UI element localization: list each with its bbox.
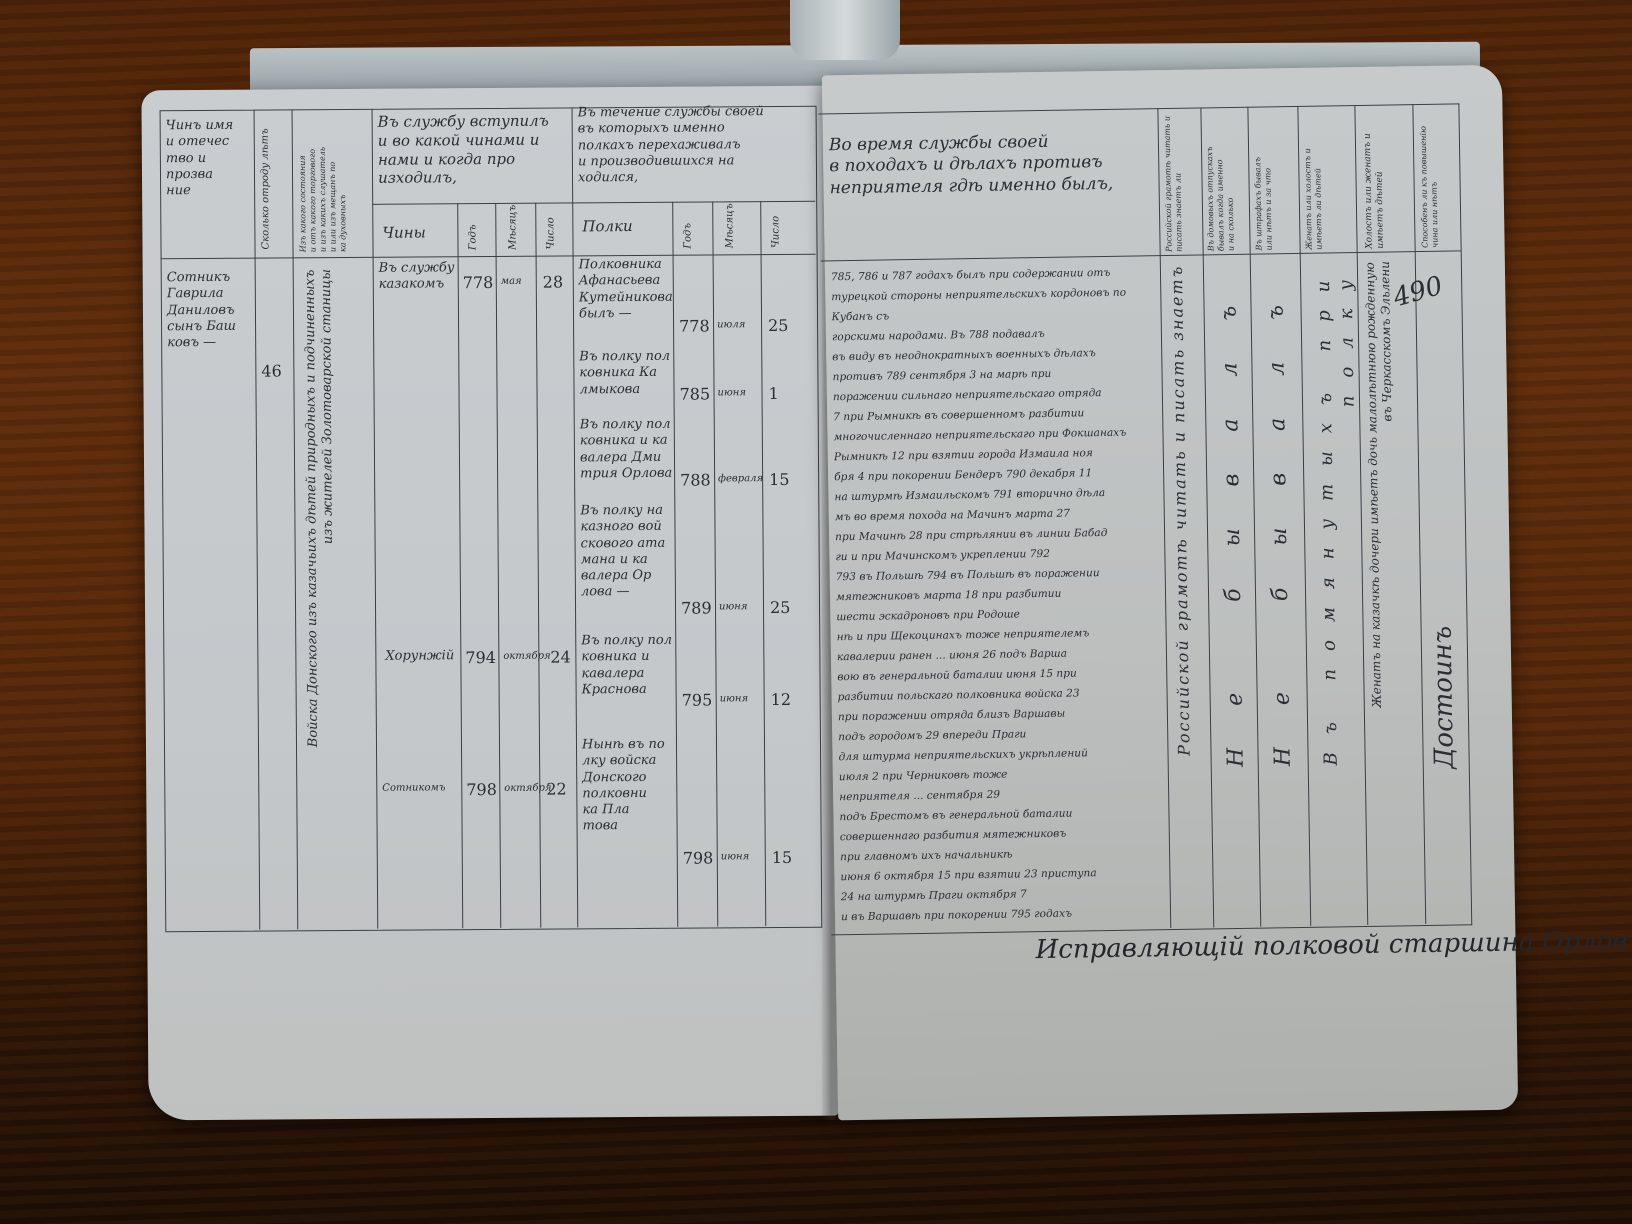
regiment-day: 15 [772, 848, 792, 868]
header-penalty: Въ штрафахъ бывалъ или нѣтъ и за что [1252, 112, 1274, 250]
rank-month: мая [501, 276, 522, 289]
header-origin: Изъ какого состояния и отъ какого торгов… [298, 117, 349, 252]
regiment-name: Полковника Афанасьева Кутейникова былъ — [579, 257, 674, 323]
rank-day: 28 [543, 272, 563, 292]
person-rank-name: Сотникъ Гаврила Даниловъ сынъ Баш ковъ — [167, 270, 256, 352]
subheader-month: Мѣсяцъ [507, 210, 520, 250]
regiment-year: 785 [679, 384, 710, 404]
subheader-ranks: Чины [382, 223, 425, 242]
regiment-month: июня [721, 851, 750, 864]
header-rank-name: Чинъ имя и отечес тво и прозва ние [166, 118, 253, 200]
header-literacy: Российской грамотѣ читать и писать знает… [1162, 114, 1184, 252]
subheader-regiment-year: Годъ [682, 209, 695, 249]
subheader-regiment-day: Число [770, 208, 783, 248]
regiment-day: 1 [768, 384, 778, 404]
regiment-day: 25 [770, 598, 790, 618]
regiment-year: 778 [679, 316, 710, 336]
fitness-entry: Достоинъ [1427, 625, 1463, 825]
rank-title: Сотникомъ [382, 782, 445, 795]
regiment-month: июня [720, 693, 749, 706]
subheader-day: Число [545, 210, 558, 250]
rank-year: 778 [463, 273, 494, 293]
rank-day: 22 [546, 779, 566, 799]
subheader-regiments: Полки [582, 217, 632, 236]
regiment-name: Въ полку пол ковника и кавалера Краснова [581, 633, 676, 699]
right-page: Во время службы своей в походахъ и дѣлах… [822, 65, 1518, 1121]
header-estate: Холостъ или женатъ и имѣетъ дѣтей [1362, 111, 1387, 249]
regiment-day: 25 [768, 316, 788, 336]
left-page: Чинъ имя и отечес тво и прозва ние Сколь… [141, 86, 838, 1121]
header-service-regiments: Въ течение службы своей въ которыхъ имен… [578, 104, 814, 187]
regiment-month: июля [717, 319, 745, 332]
subheader-regiment-month: Мѣсяцъ [724, 208, 737, 248]
rank-year: 798 [466, 780, 497, 800]
regiment-month: июня [718, 387, 747, 400]
rank-title: Въ службу казакомъ [379, 260, 459, 293]
person-origin: Войска Донского изъ казачьихъ дѣтей прир… [303, 269, 340, 909]
regiment-name: Нынѣ въ по лку войска Донского полковни … [582, 737, 678, 835]
header-age: Сколько отроду лѣтъ [260, 120, 273, 250]
regiment-name: Въ полку пол ковника Ка лмыкова [579, 349, 674, 398]
rank-title: Хорунжій [385, 648, 454, 665]
rank-month: октября [504, 783, 551, 796]
book-binding [790, 0, 900, 60]
header-vacation: Въ домовыхъ отпускахъ бывалъ когда именн… [1204, 113, 1236, 251]
rank-year: 794 [465, 648, 496, 668]
rank-month: октября [503, 651, 550, 664]
header-campaigns: Во время службы своей в походахъ и дѣлах… [829, 130, 1155, 199]
rank-day: 24 [550, 647, 570, 667]
regiment-month: июня [719, 601, 748, 614]
regiment-day: 12 [771, 690, 791, 710]
regiment-name: Въ полку пол ковника и ка валера Дми три… [580, 417, 675, 483]
header-fitness: Способенъ ли къ повышенію чина или нѣтъ [1418, 110, 1440, 248]
regiment-year: 795 [682, 690, 713, 710]
regiment-day: 15 [769, 470, 789, 490]
header-service-entry: Въ службу вступилъ и во какой чинами и н… [378, 111, 569, 187]
person-age: 46 [261, 361, 281, 381]
subheader-year: Годъ [467, 210, 480, 250]
regiment-year: 798 [683, 848, 714, 868]
regiment-year: 789 [681, 598, 712, 618]
regiment-name: Въ полку на казного вой скового ата мана… [580, 503, 676, 601]
header-wife: Женатъ или холостъ и имѣетъ ли дѣтей [1302, 112, 1324, 250]
campaigns-text: 785, 786 и 787 годахъ былъ при содержани… [831, 262, 1169, 927]
regiment-month: февраля [718, 473, 763, 486]
regiment-year: 788 [680, 470, 711, 490]
